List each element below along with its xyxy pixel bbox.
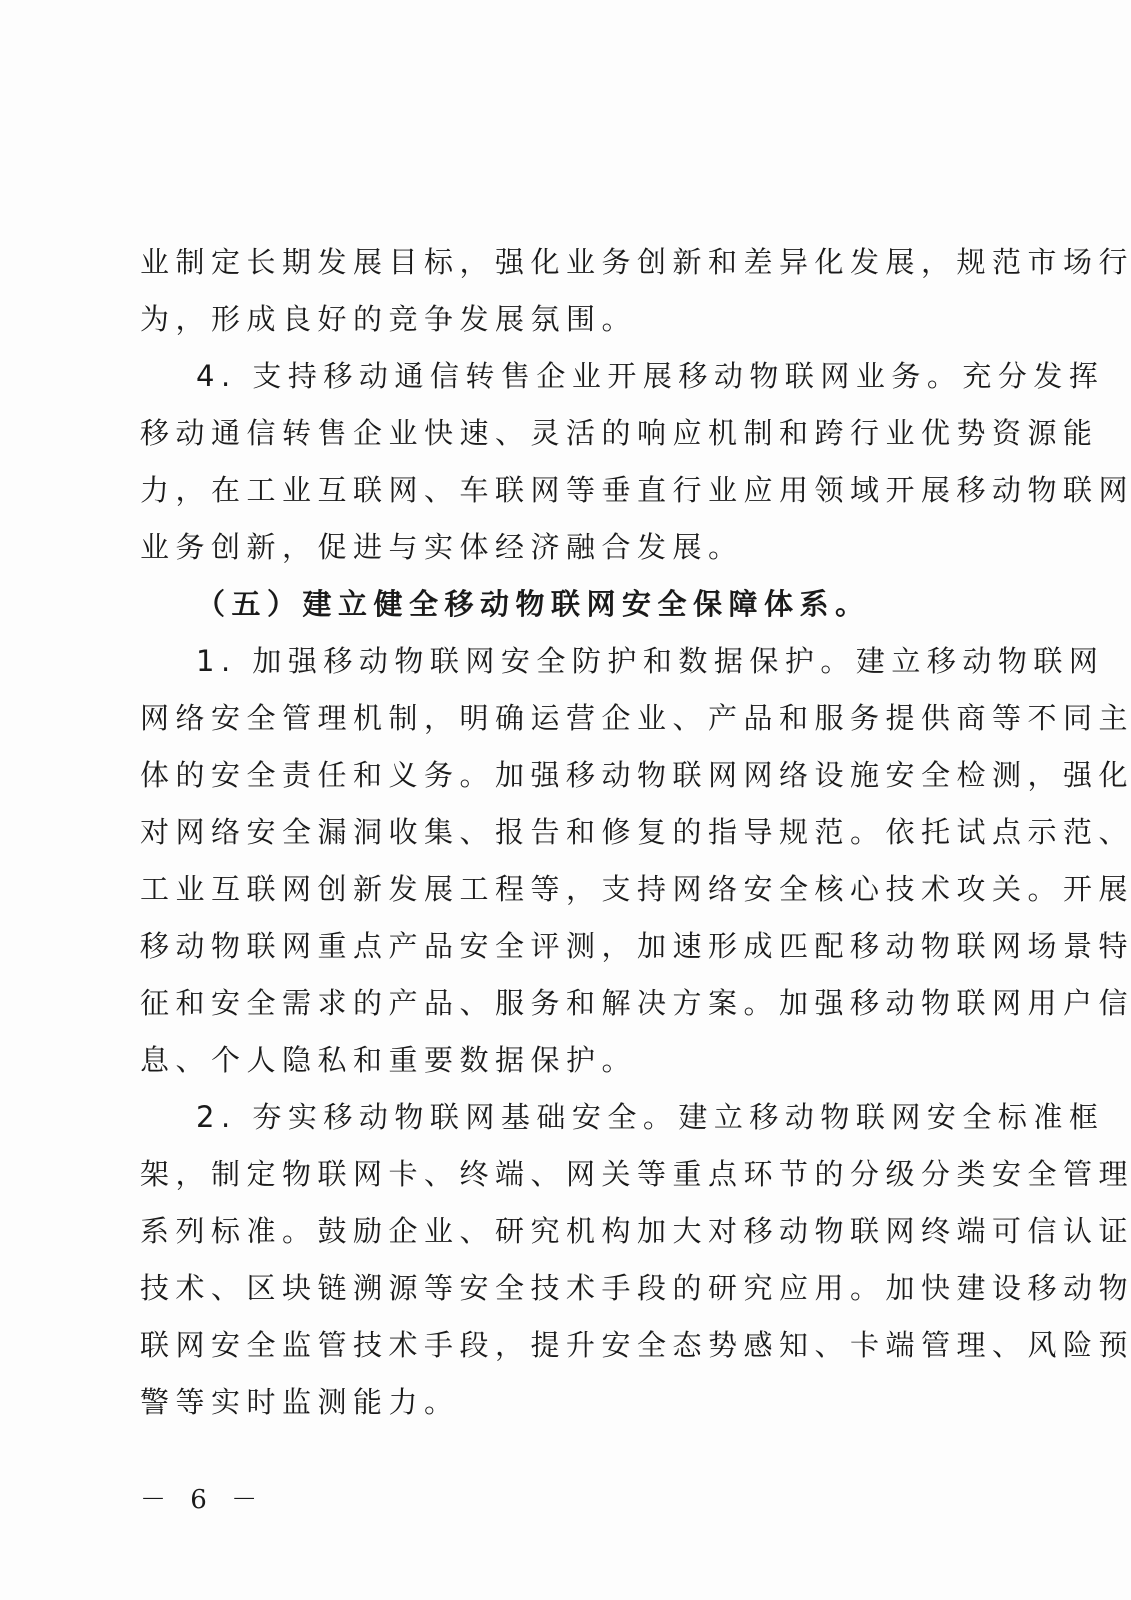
text-line: 力，在工业互联网、车联网等垂直行业应用领域开展移动物联网 bbox=[140, 470, 960, 510]
text-line: 联网安全监管技术手段，提升安全态势感知、卡端管理、风险预 bbox=[140, 1325, 960, 1365]
text-line: 为，形成良好的竞争发展氛围。 bbox=[140, 299, 960, 339]
text-line: 系列标准。鼓励企业、研究机构加大对移动物联网终端可信认证 bbox=[140, 1211, 960, 1251]
paragraph-start-item-2: 2. 夯实移动物联网基础安全。建立移动物联网安全标准框 bbox=[196, 1097, 960, 1137]
text-line: 网络安全管理机制，明确运营企业、产品和服务提供商等不同主 bbox=[140, 698, 960, 738]
text-line: 对网络安全漏洞收集、报告和修复的指导规范。依托试点示范、 bbox=[140, 812, 960, 852]
text-line: 警等实时监测能力。 bbox=[140, 1382, 960, 1422]
text-line: 业制定长期发展目标，强化业务创新和差异化发展，规范市场行 bbox=[140, 242, 960, 282]
text-line: 工业互联网创新发展工程等，支持网络安全核心技术攻关。开展 bbox=[140, 869, 960, 909]
text-line: 征和安全需求的产品、服务和解决方案。加强移动物联网用户信 bbox=[140, 983, 960, 1023]
section-heading: （五）建立健全移动物联网安全保障体系。 bbox=[196, 584, 960, 624]
paragraph-start-item-4: 4. 支持移动通信转售企业开展移动物联网业务。充分发挥 bbox=[196, 356, 960, 396]
text-line: 息、个人隐私和重要数据保护。 bbox=[140, 1040, 960, 1080]
text-line: 技术、区块链溯源等安全技术手段的研究应用。加快建设移动物 bbox=[140, 1268, 960, 1308]
document-page: 业制定长期发展目标，强化业务创新和差异化发展，规范市场行 为，形成良好的竞争发展… bbox=[0, 0, 1131, 1600]
text-line: 架，制定物联网卡、终端、网关等重点环节的分级分类安全管理 bbox=[140, 1154, 960, 1194]
text-line: 移动通信转售企业快速、灵活的响应机制和跨行业优势资源能 bbox=[140, 413, 960, 453]
page-number: － 6 － bbox=[140, 1483, 265, 1517]
text-line: 移动物联网重点产品安全评测，加速形成匹配移动物联网场景特 bbox=[140, 926, 960, 966]
text-line: 业务创新，促进与实体经济融合发展。 bbox=[140, 527, 960, 567]
paragraph-start-item-1: 1. 加强移动物联网安全防护和数据保护。建立移动物联网 bbox=[196, 641, 960, 681]
text-line: 体的安全责任和义务。加强移动物联网网络设施安全检测，强化 bbox=[140, 755, 960, 795]
